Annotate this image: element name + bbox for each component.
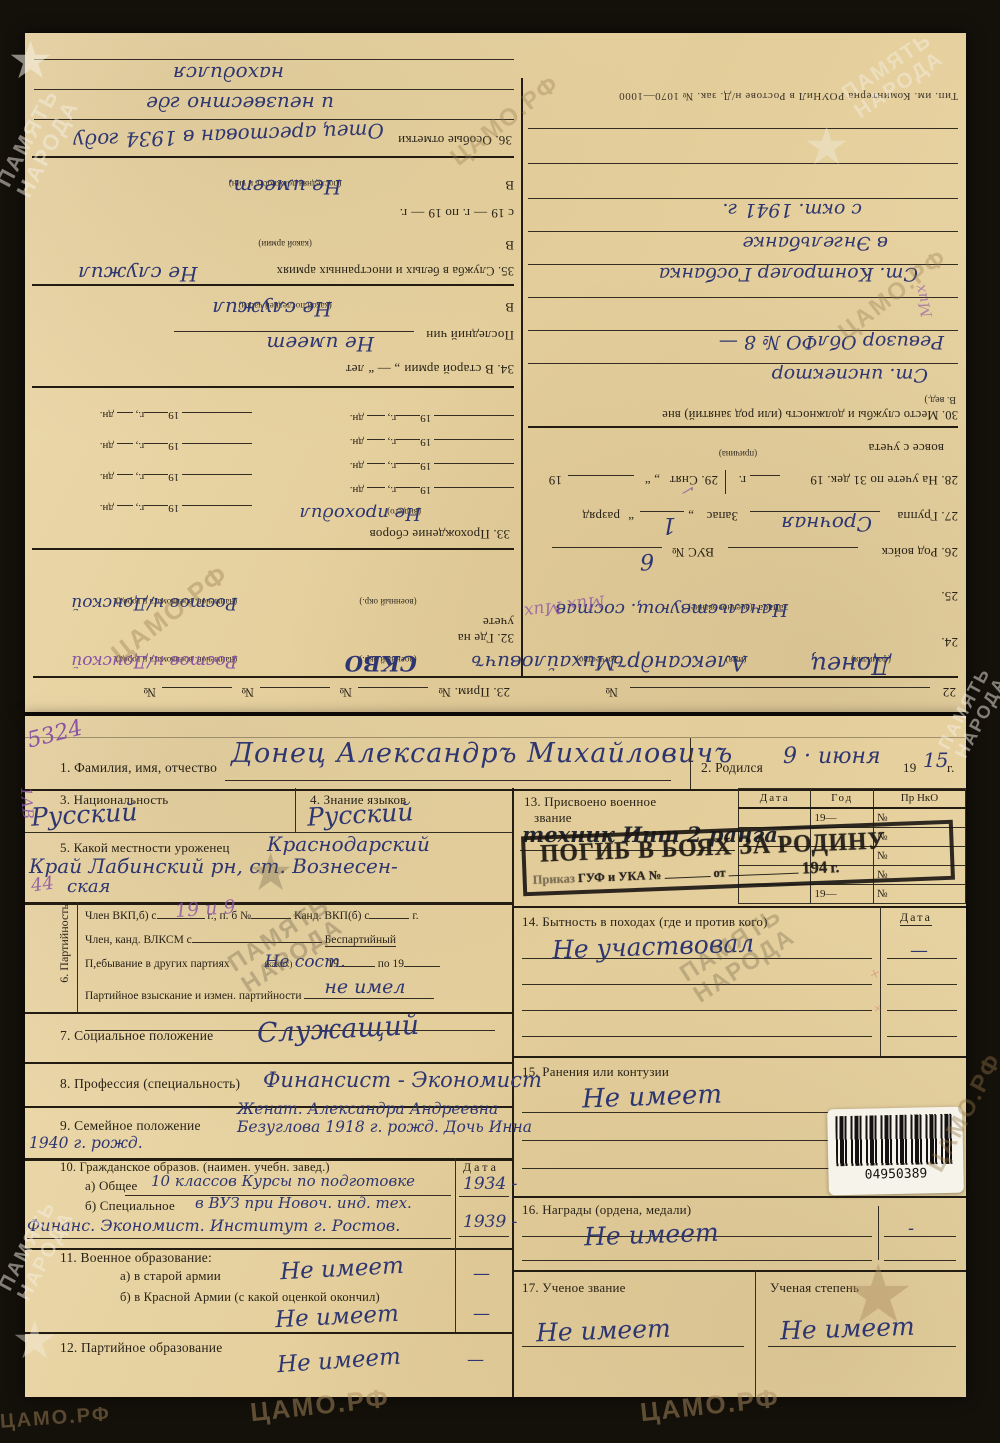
label: г. (412, 910, 418, 922)
languages-handwriting: Русский (306, 797, 414, 832)
rotated-form-22-36: 22 № 23. Прим. № № № № 24. Донец (25, 39, 966, 712)
v-label: В (505, 238, 514, 253)
v-label: В (505, 178, 514, 193)
label: Член, канд. ВЛКСМ с (85, 934, 192, 946)
vkpb-line: Член ВКП,б) с г., п. б № Канд. ВКП(б) с … (85, 906, 505, 930)
uchenoe-zvanie-label: 17. Ученое звание (522, 1280, 626, 1296)
prichina-sublabel: (причина) (719, 449, 757, 459)
quote: “ (628, 508, 634, 524)
field-25: 25. Начальствующ. состав запаса (военное… (528, 572, 958, 618)
stamp-ot: от (713, 865, 726, 879)
zvanie-handwriting: Не имеет (536, 1314, 672, 1348)
red-army-edu-handwriting: Не имеет (274, 1301, 399, 1333)
awards-handwriting: Не имеет (584, 1218, 720, 1252)
field-35-label: 35. Служба в белых и иностранных армиях (276, 264, 514, 278)
field-13-label: 13. Присвоено военное (524, 794, 656, 810)
pink-mark: × (873, 1001, 884, 1018)
field-26-blank (728, 547, 858, 560)
birthplace-handwriting: Край Лабинский рн, ст. Вознесен- (29, 854, 398, 878)
dn: дн. (350, 412, 364, 424)
vlksm-line: Член, канд. ВЛКСМ с Беспартийный (85, 930, 505, 954)
date-column-divider (455, 1248, 456, 1332)
tsamo-watermark: ЦАМО.РФ (0, 1404, 112, 1433)
party-edu-handwriting: Не имеет (276, 1344, 401, 1379)
row-22-23: 22 № 23. Прим. № № № № (33, 676, 958, 710)
row-1-2: 1. Фамилия, имя, отчество Донец Александ… (25, 737, 966, 791)
label: Член ВКП,б) с (85, 910, 157, 922)
dn: дн. (100, 502, 114, 514)
sbory-row: 19г., дн. (37, 394, 252, 425)
back-left-column: 24. Донец (фамилия) Александръ (имя) Мих… (528, 36, 958, 676)
field-36: 36. Особые отметки Отец арестован в 1934… (32, 26, 514, 158)
awards-date-divider (878, 1206, 879, 1260)
field-17-divider (755, 1270, 756, 1397)
special-edu-date: 1939 - (463, 1212, 517, 1232)
field-10: 10. Гражданское образов. (наимен. учебн.… (25, 1158, 512, 1250)
margin-annotation: 44 (30, 873, 56, 897)
g-label: г. (947, 760, 955, 776)
vus-label: ВУС № (672, 544, 714, 560)
service-line: Ст. инспектор (528, 363, 958, 394)
birthplace-handwriting: Краснодарский (267, 832, 430, 856)
birth-year-handwriting: 15 (923, 748, 948, 772)
special-edu-handwriting: в ВУЗ при Новоч. инд. тех. (195, 1194, 412, 1212)
stamp-guf-uka: ГУФ и УКА № (578, 868, 662, 885)
special-edu-handwriting: Финанс. Экономист. Институт г. Ростов. (27, 1216, 400, 1235)
field-30-label: 30. Место службы и должность (или род за… (528, 407, 958, 422)
field-11: 11. Военное образование: а) в старой арм… (25, 1248, 512, 1334)
last-part-line: В Не служил (какой последней части) (32, 282, 514, 316)
y19: 19 (168, 471, 179, 483)
social-position-handwriting: Служащий (256, 1010, 420, 1049)
field-26: 26. Род войск ВУС № 6 (528, 536, 958, 572)
field-27: 27. Группа Срочная Запас „ 1 “ разряд (528, 500, 958, 536)
field-9: 9. Семейное положение Женат. Александра … (25, 1106, 512, 1161)
razryad-label: разряд (582, 508, 620, 524)
card-back-half: 22 № 23. Прим. № № № № 24. Донец (25, 33, 966, 712)
g-label: г. (738, 472, 746, 488)
col-god: Год (811, 789, 873, 809)
service-line (528, 128, 958, 163)
field-33-label: 33. Прохождение сборов (369, 526, 510, 542)
field-8-label: 8. Профессия (специальность) (60, 1076, 240, 1092)
v-label: В (505, 300, 514, 315)
dn: дн. (350, 484, 364, 496)
print-shop-line: Тип. им. Коминтерна РОУНиЛ в Ростове н/Д… (528, 90, 958, 102)
general-edu-label: а) Общее (85, 1178, 138, 1194)
general-edu-date: 1934 - (463, 1174, 517, 1194)
profession-handwriting: Финансист - Экономист (263, 1068, 542, 1092)
field-28-label: 28. На учете по 31 дек. 19 (810, 472, 958, 488)
chin-handwriting: Не имеет (266, 332, 374, 356)
other-parties-line: П,ебывание в других партиях Не сост. (ка… (85, 954, 505, 984)
field-28-29: 28. На учете по 31 дек. 19 г. 29. Снят „… (528, 464, 958, 500)
field-23-blank (260, 687, 330, 700)
sbory-row: 19г., дн. (37, 456, 252, 487)
y19: 19 (814, 812, 825, 824)
sbory-row: 19г., дн. (37, 487, 252, 518)
years-c: г. (400, 206, 408, 221)
dolzh-line: В Не имеет. (последняя должность и чин) (32, 158, 514, 194)
field-16-label: 16. Награды (ордена, медали) (522, 1202, 691, 1218)
service-line: в Энгельбанке (528, 231, 958, 264)
row34-divider (295, 788, 296, 832)
stamp-g: г. (830, 860, 839, 876)
vus-number-handwriting: 6 (640, 548, 654, 573)
dash: — (825, 812, 836, 824)
col-data: Дата (739, 789, 811, 809)
service-entry: Ревизор ОблФО № 8 — (719, 331, 944, 353)
field-26-label: 26. Род войск (881, 544, 958, 560)
field-7: 7. Социальное положение Служащий (25, 1012, 512, 1064)
notes-handwriting: и неизвестно где (146, 92, 334, 116)
service-line (528, 297, 958, 330)
dn: дн. (100, 471, 114, 483)
wounds-handwriting: Не имеет (582, 1080, 723, 1115)
uchenaya-stepen-label: Ученая степень (770, 1280, 859, 1296)
campaigns-date: — (910, 940, 928, 961)
date-column-divider (455, 1158, 456, 1248)
purple-scribble: 19 и 9 (174, 896, 236, 922)
y19: 19 (168, 502, 179, 514)
field-23-no: № (241, 684, 254, 700)
field-22-blank (630, 687, 930, 700)
family-handwriting: Женат. Александра Андреевна (237, 1100, 498, 1118)
service-line: Ст. Контролер Госбанка (528, 264, 958, 297)
general-edu-handwriting: 10 классов Курсы по подготовке (151, 1172, 415, 1190)
g: г., (135, 471, 144, 483)
service-entry: Ст. инспектор (772, 364, 928, 386)
field-6-vertical-label: 6. Партийность (57, 904, 72, 983)
old-army-edu-date: — (473, 1264, 490, 1284)
field-6-vertical-strip: 6. Партийность (51, 902, 78, 1012)
sbory-left: Не проходил (вид его) 19г., дн. 19г., дн… (264, 404, 514, 522)
field-34-label: 34. В старой армии (404, 362, 514, 377)
stepen-handwriting: Не имеет (780, 1312, 916, 1346)
label: по 19 (378, 958, 404, 970)
nationality-handwriting: Русский (30, 797, 138, 832)
field-28-blank (750, 475, 780, 488)
sbory-row: 19г., дн. (264, 428, 514, 452)
family-handwriting: Безуглова 1918 г. рожд. Дочь Инна (237, 1118, 532, 1136)
mini-divider (725, 470, 726, 494)
y19: 19 (814, 888, 825, 900)
g: г., (135, 502, 144, 514)
row-3-4: 3. Национальность 4. Знание языков Русск… (25, 788, 512, 833)
vovse-label: вовсе с учета (868, 440, 944, 456)
field-14: 14. Бытность в походах (где и против ког… (512, 906, 966, 1058)
zapas-label: Запас (706, 508, 738, 524)
service-entry: с окт. 1941 г. (722, 199, 862, 221)
y19: 19 (420, 436, 431, 448)
no: № (873, 885, 965, 904)
birth-year-printed: 19 (903, 760, 916, 776)
notes-handwriting: Отец арестован в 1934 году (73, 119, 385, 154)
special-edu-label: б) Специальное (85, 1198, 175, 1214)
barcode-sticker: 04950389 (827, 1107, 964, 1196)
razryad-handwriting: 1 (662, 512, 676, 537)
col-pr-nko: Пр НкО (873, 789, 965, 809)
field-22-number: 22 (943, 684, 956, 700)
field-6: 6. Партийность Член ВКП,б) с г., п. б № … (25, 902, 512, 1014)
field-5: 5. Какой местности уроженец Краснодарски… (25, 832, 512, 905)
red-army-edu-date: — (473, 1304, 490, 1324)
barcode-bars (835, 1114, 955, 1166)
sbory-right: 19г., дн. 19г., дн. 19г., дн. 19г., дн. (37, 394, 252, 518)
field-24-number: 24. (941, 634, 958, 650)
field-7-label: 7. Социальное положение (60, 1028, 213, 1044)
field-23-no: № (143, 684, 156, 700)
quote: „ (688, 508, 694, 524)
field-35: 35. Служба в белых и иностранных армиях … (32, 158, 514, 286)
scanned-record-card: 22 № 23. Прим. № № № № 24. Донец (0, 0, 1000, 1443)
field-23-label: 23. Прим. № (438, 684, 510, 700)
sbory-row: 19г., дн. (264, 476, 514, 500)
birth-date-handwriting: 9 · июня (783, 744, 881, 769)
quote: „ “ (645, 472, 660, 488)
label: Канд. ВКП(б) с (294, 910, 370, 922)
bespartiyny-label: Беспартийный (325, 934, 396, 947)
dash: — (474, 206, 487, 221)
army-sublabel: (какой армии) (258, 239, 311, 249)
notes-handwriting: находился (173, 62, 284, 86)
date-header: Дата (900, 910, 932, 926)
field-30: 30. Место службы и должность (или род за… (528, 128, 958, 428)
service-entry: Ст. Контролер Госбанка (659, 263, 918, 285)
barcode-number: 04950389 (828, 1166, 963, 1184)
old-army-edu-label: а) в старой армии (120, 1268, 221, 1284)
field-28b: вовсе с учета (причина) (528, 428, 958, 464)
army-line: В (какой армии) (32, 222, 514, 254)
service-line: с окт. 1941 г. (528, 198, 958, 231)
years-b: г. по 19 (428, 206, 470, 221)
full-name-handwriting: Донец Александръ Михайловичъ (231, 738, 733, 769)
dn: дн. (350, 436, 364, 448)
sbory-row: 19г., дн. (264, 404, 514, 428)
field-14-label: 14. Бытность в походах (где и против ког… (522, 914, 768, 930)
field-34: 34. В старой армии „ — “ лет Последний ч… (32, 286, 514, 388)
dn: дн. (100, 409, 114, 421)
dash: — (825, 888, 836, 900)
white-army-handwriting: Не служил (78, 262, 198, 286)
sbory-row: 19г., дн. (264, 452, 514, 476)
label: Партийное взыскание и измен. партийности (85, 990, 302, 1002)
group-handwriting: Срочная (781, 512, 872, 536)
ne-imel-handwriting: не имел (324, 976, 405, 998)
name-underline (225, 780, 671, 781)
field-23-blank (358, 687, 428, 700)
y19: 19 (168, 409, 179, 421)
back-right-column: 32. Где на учете СКВО (военный окр.) Рос… (32, 36, 514, 676)
field-24: 24. Донец (фамилия) Александръ (имя) Мих… (528, 618, 958, 676)
field-32: 32. Где на учете СКВО (военный окр.) Рос… (32, 550, 514, 676)
party-edu-date: — (467, 1350, 484, 1370)
field-12: 12. Партийное образование Не имеет — (25, 1332, 512, 1397)
y19: 19 (420, 484, 431, 496)
g: г., (387, 412, 396, 424)
birthplace-handwriting: ская (67, 876, 110, 897)
field-29-blank (568, 475, 634, 488)
service-line: Ревизор ОблФО № 8 — (528, 330, 958, 363)
purple-check: ✓ (680, 480, 698, 502)
date-column-divider (880, 906, 881, 1056)
field-9-label: 9. Семейное положение (60, 1118, 201, 1134)
g: г., (135, 440, 144, 452)
let-label: лет (346, 362, 365, 377)
dash: — (411, 206, 424, 221)
field-1-label: 1. Фамилия, имя, отчество (60, 760, 217, 776)
field-15-label: 15. Ранения или контузии (522, 1064, 669, 1080)
y19: 19 (420, 460, 431, 472)
service-line (528, 163, 958, 198)
label: П,ебывание в других партиях (85, 958, 230, 970)
field-16: 16. Награды (ордена, медали) Не имеет - (512, 1196, 966, 1272)
field-30-sublabel: В. вед.) (528, 394, 956, 405)
field-25-number: 25. (941, 588, 958, 604)
y19-label: 19 (549, 472, 562, 488)
dn: дн. (100, 440, 114, 452)
field-12-label: 12. Партийное образование (60, 1340, 222, 1356)
field-23-no: № (339, 684, 352, 700)
field-2-label: 2. Родился (701, 760, 763, 776)
card-front-half: 1. Фамилия, имя, отчество Донец Александ… (25, 716, 966, 1397)
margin-annotation: 1АВ (17, 786, 37, 819)
field-17: 17. Ученое звание Ученая степень Не имее… (512, 1270, 966, 1397)
chin-label: Последний чин (426, 328, 514, 343)
okrug-label: (военный окр.) (359, 597, 416, 607)
g: г., (387, 484, 396, 496)
column-divider (521, 78, 523, 678)
awards-date: - (908, 1218, 914, 1239)
family-handwriting: 1940 г. рожд. (29, 1134, 143, 1152)
dn: дн. (350, 460, 364, 472)
field-15: 15. Ранения или контузии Не имеет 049503… (512, 1056, 966, 1198)
old-army-edu-handwriting: Не имеет (279, 1253, 404, 1285)
y19: 19 (420, 412, 431, 424)
years-a: с 19 (491, 206, 514, 221)
y19: 19 (168, 440, 179, 452)
g: г., (387, 436, 396, 448)
service-entry: в Энгельбанке (743, 232, 888, 254)
field-11-label: 11. Военное образование: (60, 1250, 212, 1266)
quote: „ — “ (368, 362, 400, 377)
stamp-prikaz: Приказ (532, 871, 575, 887)
date-header: Дата (463, 1160, 499, 1175)
vzyskanie-line: Партийное взыскание и измен. партийности… (85, 984, 505, 1010)
field-23-blank (162, 687, 232, 700)
field-27-label: 27. Группа (897, 508, 958, 524)
field-22-no: № (605, 684, 618, 700)
g: г., (135, 409, 144, 421)
field-36-label: 36. Особые отметки (398, 132, 512, 148)
g: г., (387, 460, 396, 472)
row1-divider (690, 738, 691, 789)
stamp-194: 194 (801, 858, 827, 878)
campaigns-handwriting: Не участвовал (552, 928, 755, 964)
field-33: 33. Прохождение сборов Не проходил (вид … (32, 388, 514, 550)
sbory-row: 19г., дн. (37, 425, 252, 456)
field-32-label: 32. Где на учете (454, 614, 514, 646)
